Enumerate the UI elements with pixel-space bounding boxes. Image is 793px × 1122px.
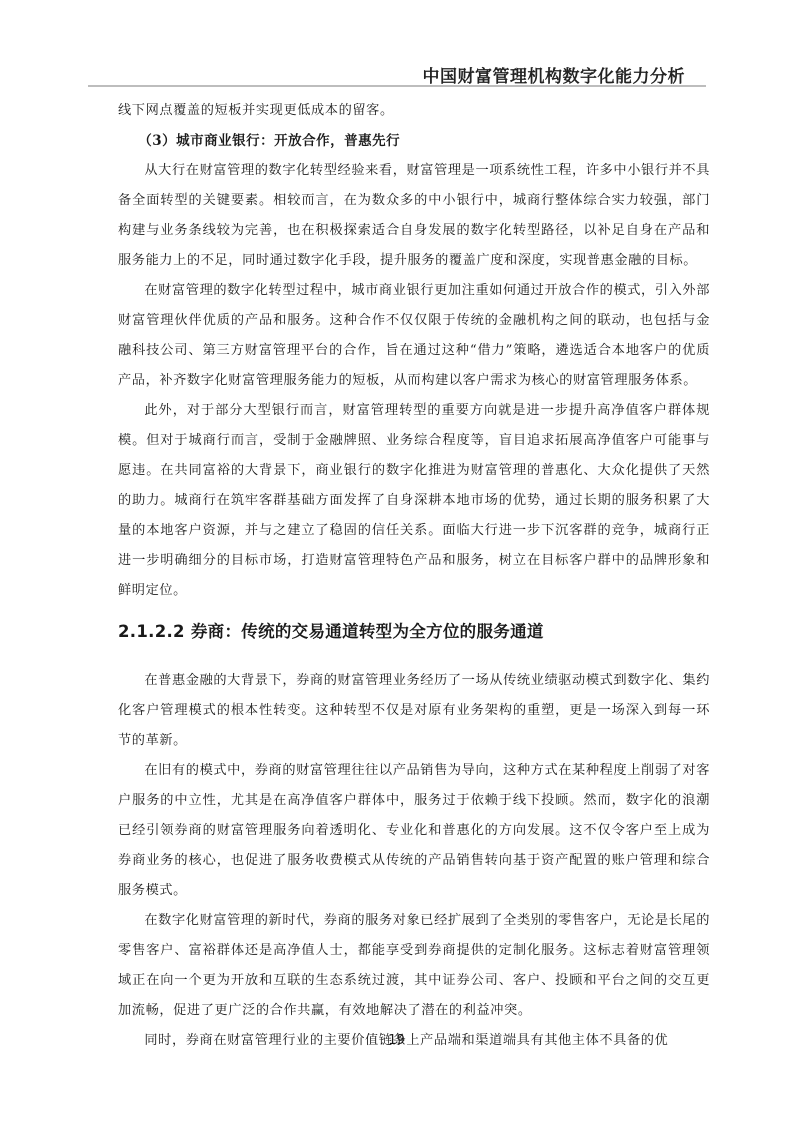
page-body: 线下网点覆盖的短板并实现更低成本的留客。 （3）城市商业银行：开放合作，普惠先行… bbox=[118, 96, 710, 1056]
subsection-heading: （3）城市商业银行：开放合作，普惠先行 bbox=[118, 126, 710, 156]
body-paragraph: 在旧有的模式中，券商的财富管理往往以产品销售为导向，这种方式在某种程度上削弱了对… bbox=[118, 756, 710, 906]
body-paragraph: 在财富管理的数字化转型过程中，城市商业银行更加注重如何通过开放合作的模式，引入外… bbox=[118, 276, 710, 396]
page-number: 19 bbox=[0, 1033, 793, 1048]
body-paragraph: 在普惠金融的大背景下，券商的财富管理业务经历了一场从传统业绩驱动模式到数字化、集… bbox=[118, 666, 710, 756]
continuation-paragraph: 线下网点覆盖的短板并实现更低成本的留客。 bbox=[118, 96, 710, 126]
running-header-title: 中国财富管理机构数字化能力分析 bbox=[423, 62, 686, 87]
body-paragraph: 从大行在财富管理的数字化转型经验来看，财富管理是一项系统性工程，许多中小银行并不… bbox=[118, 156, 710, 276]
header-divider bbox=[88, 85, 706, 87]
section-heading: 2.1.2.2 券商：传统的交易通道转型为全方位的服务通道 bbox=[118, 620, 710, 644]
body-paragraph: 此外，对于部分大型银行而言，财富管理转型的重要方向就是进一步提升高净值客户群体规… bbox=[118, 396, 710, 606]
body-paragraph: 在数字化财富管理的新时代，券商的服务对象已经扩展到了全类别的零售客户，无论是长尾… bbox=[118, 906, 710, 1026]
